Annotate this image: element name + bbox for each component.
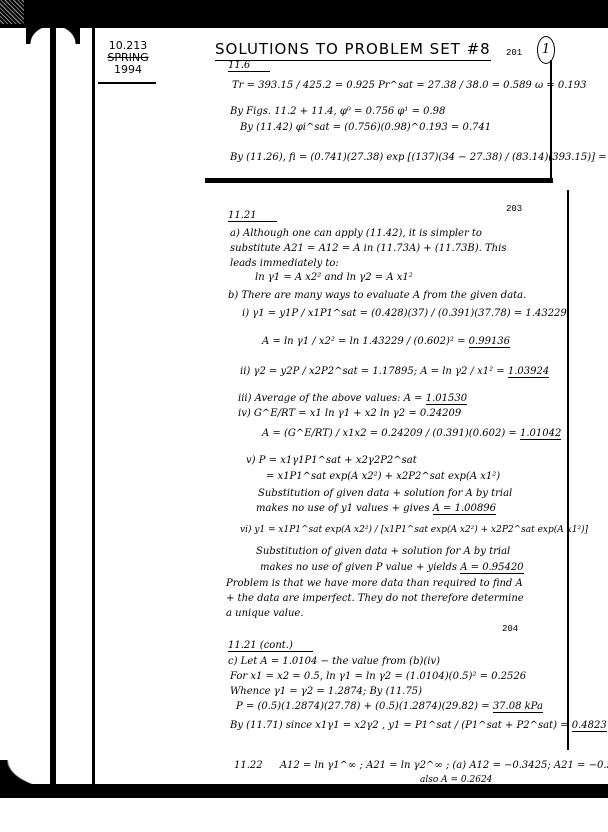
part-b-iv-ge: iv) G^E/RT = x1 ln γ1 + x2 ln γ2 = 0.242…	[238, 408, 461, 420]
reduced-properties-line: Tr = 393.15 / 425.2 = 0.925 Pr^sat = 27.…	[232, 80, 587, 92]
part-c-line-3: Whence γ1 = γ2 = 1.2874; By (11.75)	[230, 686, 422, 698]
course-underline	[98, 82, 156, 84]
fugacity-equation: By (11.26), fi = (0.741)(27.38) exp [(13…	[230, 152, 607, 163]
part-b-vi-equation: vi) y1 = x1P1^sat exp(A x2²) / [x1P1^sat…	[240, 524, 588, 536]
scan-noise	[0, 0, 24, 24]
part-b-vi-line-2: Substitution of given data + solution fo…	[256, 546, 510, 558]
scan-bottom-border	[0, 784, 608, 798]
course-tag: 10.213 SPRING 1994	[98, 40, 158, 84]
page-number-204: 204	[502, 624, 518, 634]
course-year: 1994	[98, 64, 158, 76]
problem-11-22-line-1: 11.22 A12 = ln γ1^∞ ; A21 = ln γ2^∞ ; (a…	[234, 760, 608, 772]
solution-box-bottom-border	[205, 178, 553, 183]
conclusion-line-3: a unique value.	[226, 608, 304, 620]
part-b-v-answer: A = 1.00896	[433, 503, 496, 515]
fugacity-line: By (11.26), fi = (0.741)(27.38) exp [(13…	[230, 152, 608, 164]
pressure-equation: P = (0.5)(1.2874)(27.78) + (0.5)(1.2874)…	[236, 701, 490, 712]
part-b-v-line-3: Substitution of given data + solution fo…	[258, 488, 512, 500]
y1-equation: By (11.71) since x1γ1 = x2γ2 , y1 = P1^s…	[230, 720, 569, 731]
problem-11-22-equation: A12 = ln γ1^∞ ; A21 = ln γ2^∞ ; (a) A12 …	[280, 760, 608, 771]
part-b-ii-answer: 1.03924	[508, 366, 549, 378]
part-b-iv-answer: 1.01042	[520, 428, 561, 440]
page-number-201: 201	[506, 48, 522, 58]
part-a-line-2: substitute A21 = A12 = A in (11.73A) + (…	[230, 243, 506, 255]
part-b-ii: ii) γ2 = y2P / x2P2^sat = 1.17895; A = l…	[240, 366, 549, 378]
page-title: SOLUTIONS TO PROBLEM SET #8	[215, 40, 491, 61]
conclusion-line-1: Problem is that we have more data than r…	[226, 578, 523, 590]
page-circle-number: 1	[537, 36, 555, 64]
pressure-answer: 37.08 kPa	[493, 701, 543, 713]
page-number-203: 203	[506, 204, 522, 214]
part-c-y1: By (11.71) since x1γ1 = x2γ2 , y1 = P1^s…	[230, 720, 607, 732]
part-b-ii-equation: ii) γ2 = y2P / x2P2^sat = 1.17895; A = l…	[240, 366, 505, 377]
part-b-v-line-2: = x1P1^sat exp(A x2²) + x2P2^sat exp(A x…	[266, 471, 500, 483]
part-c-line-1: c) Let A = 1.0104 − the value from (b)(i…	[228, 656, 440, 668]
part-b-i-A: A = ln γ1 / x2² = ln 1.43229 / (0.602)² …	[262, 336, 510, 348]
part-b-intro: b) There are many ways to evaluate A fro…	[228, 290, 526, 302]
problem-11-22-line-2: also A = 0.2624	[420, 774, 492, 786]
conclusion-line-2: + the data are imperfect. They do not th…	[226, 593, 524, 605]
part-b-v-line-1: v) P = x1γ1P1^sat + x2γ2P2^sat	[246, 455, 417, 467]
part-b-i-gamma: i) γ1 = y1P / x1P1^sat = (0.428)(37) / (…	[242, 308, 567, 320]
fugacity-coefficient-line: By (11.42) φi^sat = (0.756)(0.98)^0.193 …	[240, 122, 491, 134]
part-b-iii-text: iii) Average of the above values: A =	[238, 393, 423, 404]
part-b-vi-text: makes no use of given P value + yields	[260, 562, 457, 573]
scan-top-border	[0, 0, 608, 28]
part-b-iv-A: A = (G^E/RT) / x1x2 = 0.24209 / (0.391)(…	[262, 428, 561, 440]
part-b-v-line-4: makes no use of y1 values + gives A = 1.…	[256, 503, 496, 515]
figure-lookup-line: By Figs. 11.2 + 11.4, φ⁰ = 0.756 φ¹ = 0.…	[230, 106, 445, 118]
part-b-vi-line-3: makes no use of given P value + yields A…	[260, 562, 524, 574]
problem-label-11-22: 11.22	[234, 760, 263, 771]
part-b-iii-answer: 1.01530	[426, 393, 467, 405]
binder-spine	[50, 22, 56, 792]
part-c-pressure: P = (0.5)(1.2874)(27.78) + (0.5)(1.2874)…	[236, 701, 543, 713]
part-b-i-answer: 0.99136	[469, 336, 510, 348]
part-a-line-3: leads immediately to:	[230, 258, 339, 270]
part-b-i-equation: A = ln γ1 / x2² = ln 1.43229 / (0.602)² …	[262, 336, 465, 347]
problem-label-11-21: 11.21	[228, 210, 277, 222]
part-b-iv-equation: A = (G^E/RT) / x1x2 = 0.24209 / (0.391)(…	[262, 428, 517, 439]
page-margin-line	[92, 28, 95, 792]
page-right-edge	[567, 190, 569, 750]
y1-answer: 0.4823	[572, 720, 607, 732]
problem-label-11-6: 11.6	[228, 60, 270, 72]
part-a-line-1: a) Although one can apply (11.42), it is…	[230, 228, 482, 240]
problem-label-11-21-cont: 11.21 (cont.)	[228, 640, 313, 652]
part-b-vi-answer: A = 0.95420	[460, 562, 523, 574]
part-c-line-2: For x1 = x2 = 0.5, ln γ1 = ln γ2 = (1.01…	[230, 671, 526, 683]
part-a-result: ln γ1 = A x2² and ln γ2 = A x1²	[255, 272, 413, 284]
part-b-iii: iii) Average of the above values: A = 1.…	[238, 393, 467, 405]
part-b-v-text: makes no use of y1 values + gives	[256, 503, 429, 514]
